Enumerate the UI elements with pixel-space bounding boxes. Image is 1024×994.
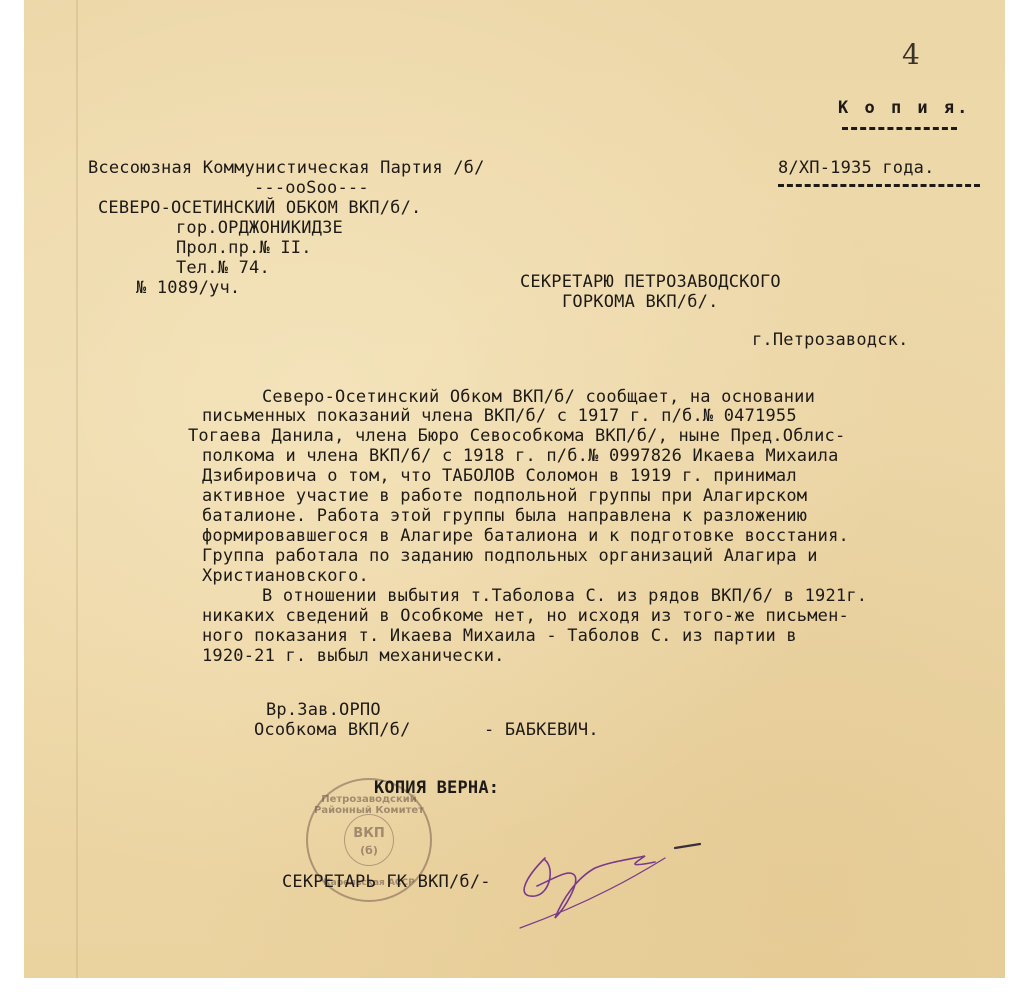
document-date: 8/ХП-1935 года. bbox=[778, 158, 935, 178]
date-underline bbox=[778, 184, 980, 187]
body-line: 1920-21 г. выбыл механически. bbox=[202, 646, 505, 666]
body-line: Христиановского. bbox=[202, 566, 369, 586]
body-line: формировавшегося в Алагире баталиона и к… bbox=[202, 526, 849, 546]
sender-address: Прол.пр.№ II. bbox=[176, 238, 312, 258]
body-line: Северо-Осетинский Обком ВКП/б/ сообщает,… bbox=[262, 387, 815, 407]
signatory-name: - БАБКЕВИЧ. bbox=[484, 720, 599, 740]
sender-obkom: СЕВЕРО-ОСЕТИНСКИЙ ОБКОМ ВКП/б/. bbox=[98, 198, 421, 218]
recipient-line1: СЕКРЕТАРЮ ПЕТРОЗАВОДСКОГО bbox=[520, 272, 781, 292]
copy-mark-underline bbox=[842, 127, 957, 130]
secretary-line: СЕКРЕТАРЬ ГК ВКП/б/- bbox=[282, 872, 491, 892]
reference-number: № 1089/уч. bbox=[136, 278, 240, 298]
copy-mark: К о п и я. bbox=[838, 98, 970, 118]
body-line: ного показания т. Икаева Михаила - Табол… bbox=[202, 626, 797, 646]
recipient-line2: ГОРКОМА ВКП/б/. bbox=[562, 292, 719, 312]
body-line: полкома и члена ВКП/б/ с 1918 г. п/б.№ 0… bbox=[202, 446, 839, 466]
body-line: Тогаева Данила, члена Бюро Севособкома В… bbox=[188, 426, 845, 446]
signatory-title-1: Вр.Зав.ОРПО bbox=[266, 700, 381, 720]
sender-party: Всесоюзная Коммунистическая Партия /б/ bbox=[88, 158, 485, 178]
signatory-title-2: Особкома ВКП/б/ bbox=[254, 720, 411, 740]
body-line: письменных показаний члена ВКП/б/ с 1917… bbox=[202, 406, 797, 426]
body-line: В отношении выбытия т.Таболова С. из ряд… bbox=[262, 586, 867, 606]
body-line: никаких сведений в Особкоме нет, но исхо… bbox=[202, 606, 849, 626]
folio-number: 4 bbox=[902, 38, 920, 71]
copy-certified-label: КОПИЯ ВЕРНА: bbox=[374, 778, 499, 798]
recipient-city: г.Петрозаводск. bbox=[752, 330, 909, 350]
paper-fold bbox=[76, 0, 78, 978]
stamp-center-sub: (б) bbox=[308, 844, 430, 857]
sender-ornament: ---ооЅоо--- bbox=[254, 178, 369, 198]
stamp-center-text: ВКП bbox=[308, 826, 430, 841]
handwritten-signature bbox=[515, 838, 705, 938]
body-line: Дзибировича о том, что ТАБОЛОВ Соломон в… bbox=[202, 466, 797, 486]
sender-phone: Тел.№ 74. bbox=[176, 258, 270, 278]
body-line: баталионе. Работа этой группы была напра… bbox=[202, 506, 807, 526]
sender-city: гор.ОРДЖОНИКИДЗЕ bbox=[176, 218, 343, 238]
body-line: активное участие в работе подпольной гру… bbox=[202, 486, 807, 506]
body-line: Группа работала по заданию подпольных ор… bbox=[202, 546, 818, 566]
